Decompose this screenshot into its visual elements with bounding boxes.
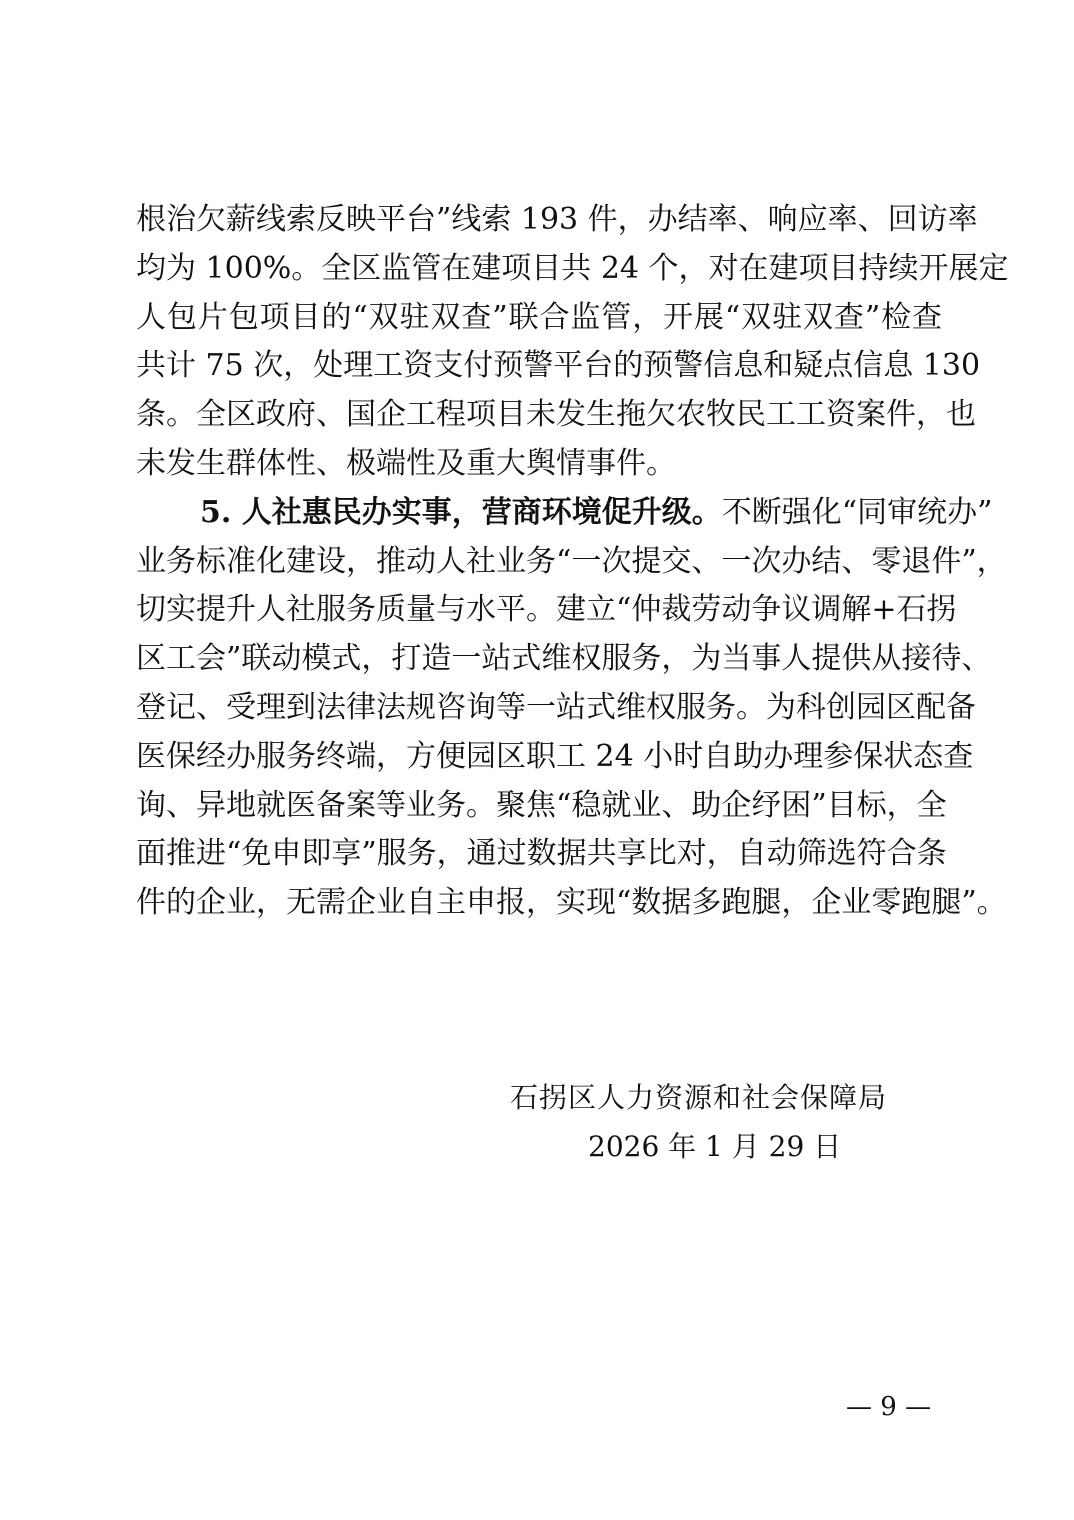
signature-date: 2026 年 1 月 29 日: [510, 1127, 910, 1167]
text-line: 共计 75 次，处理工资支付预警平台的预警信息和疑点信息 130: [136, 342, 942, 391]
text-line: 件的企业，无需企业自主申报，实现“数据多跑腿，企业零跑腿”。: [136, 879, 942, 928]
text-line: 业务标准化建设，推动人社业务“一次提交、一次办结、零退件”，: [136, 538, 942, 587]
text-line: 均为 100%。全区监管在建项目共 24 个，对在建项目持续开展定: [136, 245, 942, 294]
document-page: 根治欠薪线索反映平台”线索 193 件，办结率、响应率、回访率 均为 100%。…: [0, 0, 1074, 1520]
signature-organization: 石拐区人力资源和社会保障局: [510, 1078, 910, 1118]
text-line: 医保经办服务终端，方便园区职工 24 小时自助办理参保状态查: [136, 733, 942, 782]
text-line: 切实提升人社服务质量与水平。建立“仲裁劳动争议调解+石拐: [136, 586, 942, 635]
text-line: 登记、受理到法律法规咨询等一站式维权服务。为科创园区配备: [136, 684, 942, 733]
document-body: 根治欠薪线索反映平台”线索 193 件，办结率、响应率、回访率 均为 100%。…: [136, 196, 942, 928]
text-line: 人包片包项目的“双驻双查”联合监管，开展“双驻双查”检查: [136, 294, 942, 343]
section-5-intro: 不断强化“同审统办”: [722, 495, 993, 530]
signature-block: 石拐区人力资源和社会保障局 2026 年 1 月 29 日: [510, 1078, 910, 1167]
text-line: 条。全区政府、国企工程项目未发生拖欠农牧民工工资案件，也: [136, 391, 942, 440]
text-line: 询、异地就医备案等业务。聚焦“稳就业、助企纾困”目标，全: [136, 782, 942, 831]
text-line: 根治欠薪线索反映平台”线索 193 件，办结率、响应率、回访率: [136, 196, 942, 245]
text-line: 区工会”联动模式，打造一站式维权服务，为当事人提供从接待、: [136, 635, 942, 684]
section-5-heading: 5. 人社惠民办实事，营商环境促升级。: [200, 495, 722, 530]
text-line: 未发生群体性、极端性及重大舆情事件。: [136, 440, 942, 489]
page-number: — 9 —: [846, 1392, 931, 1422]
text-line: 面推进“免申即享”服务，通过数据共享比对，自动筛选符合条: [136, 830, 942, 879]
section-5-first-line: 5. 人社惠民办实事，营商环境促升级。不断强化“同审统办”: [136, 489, 942, 538]
